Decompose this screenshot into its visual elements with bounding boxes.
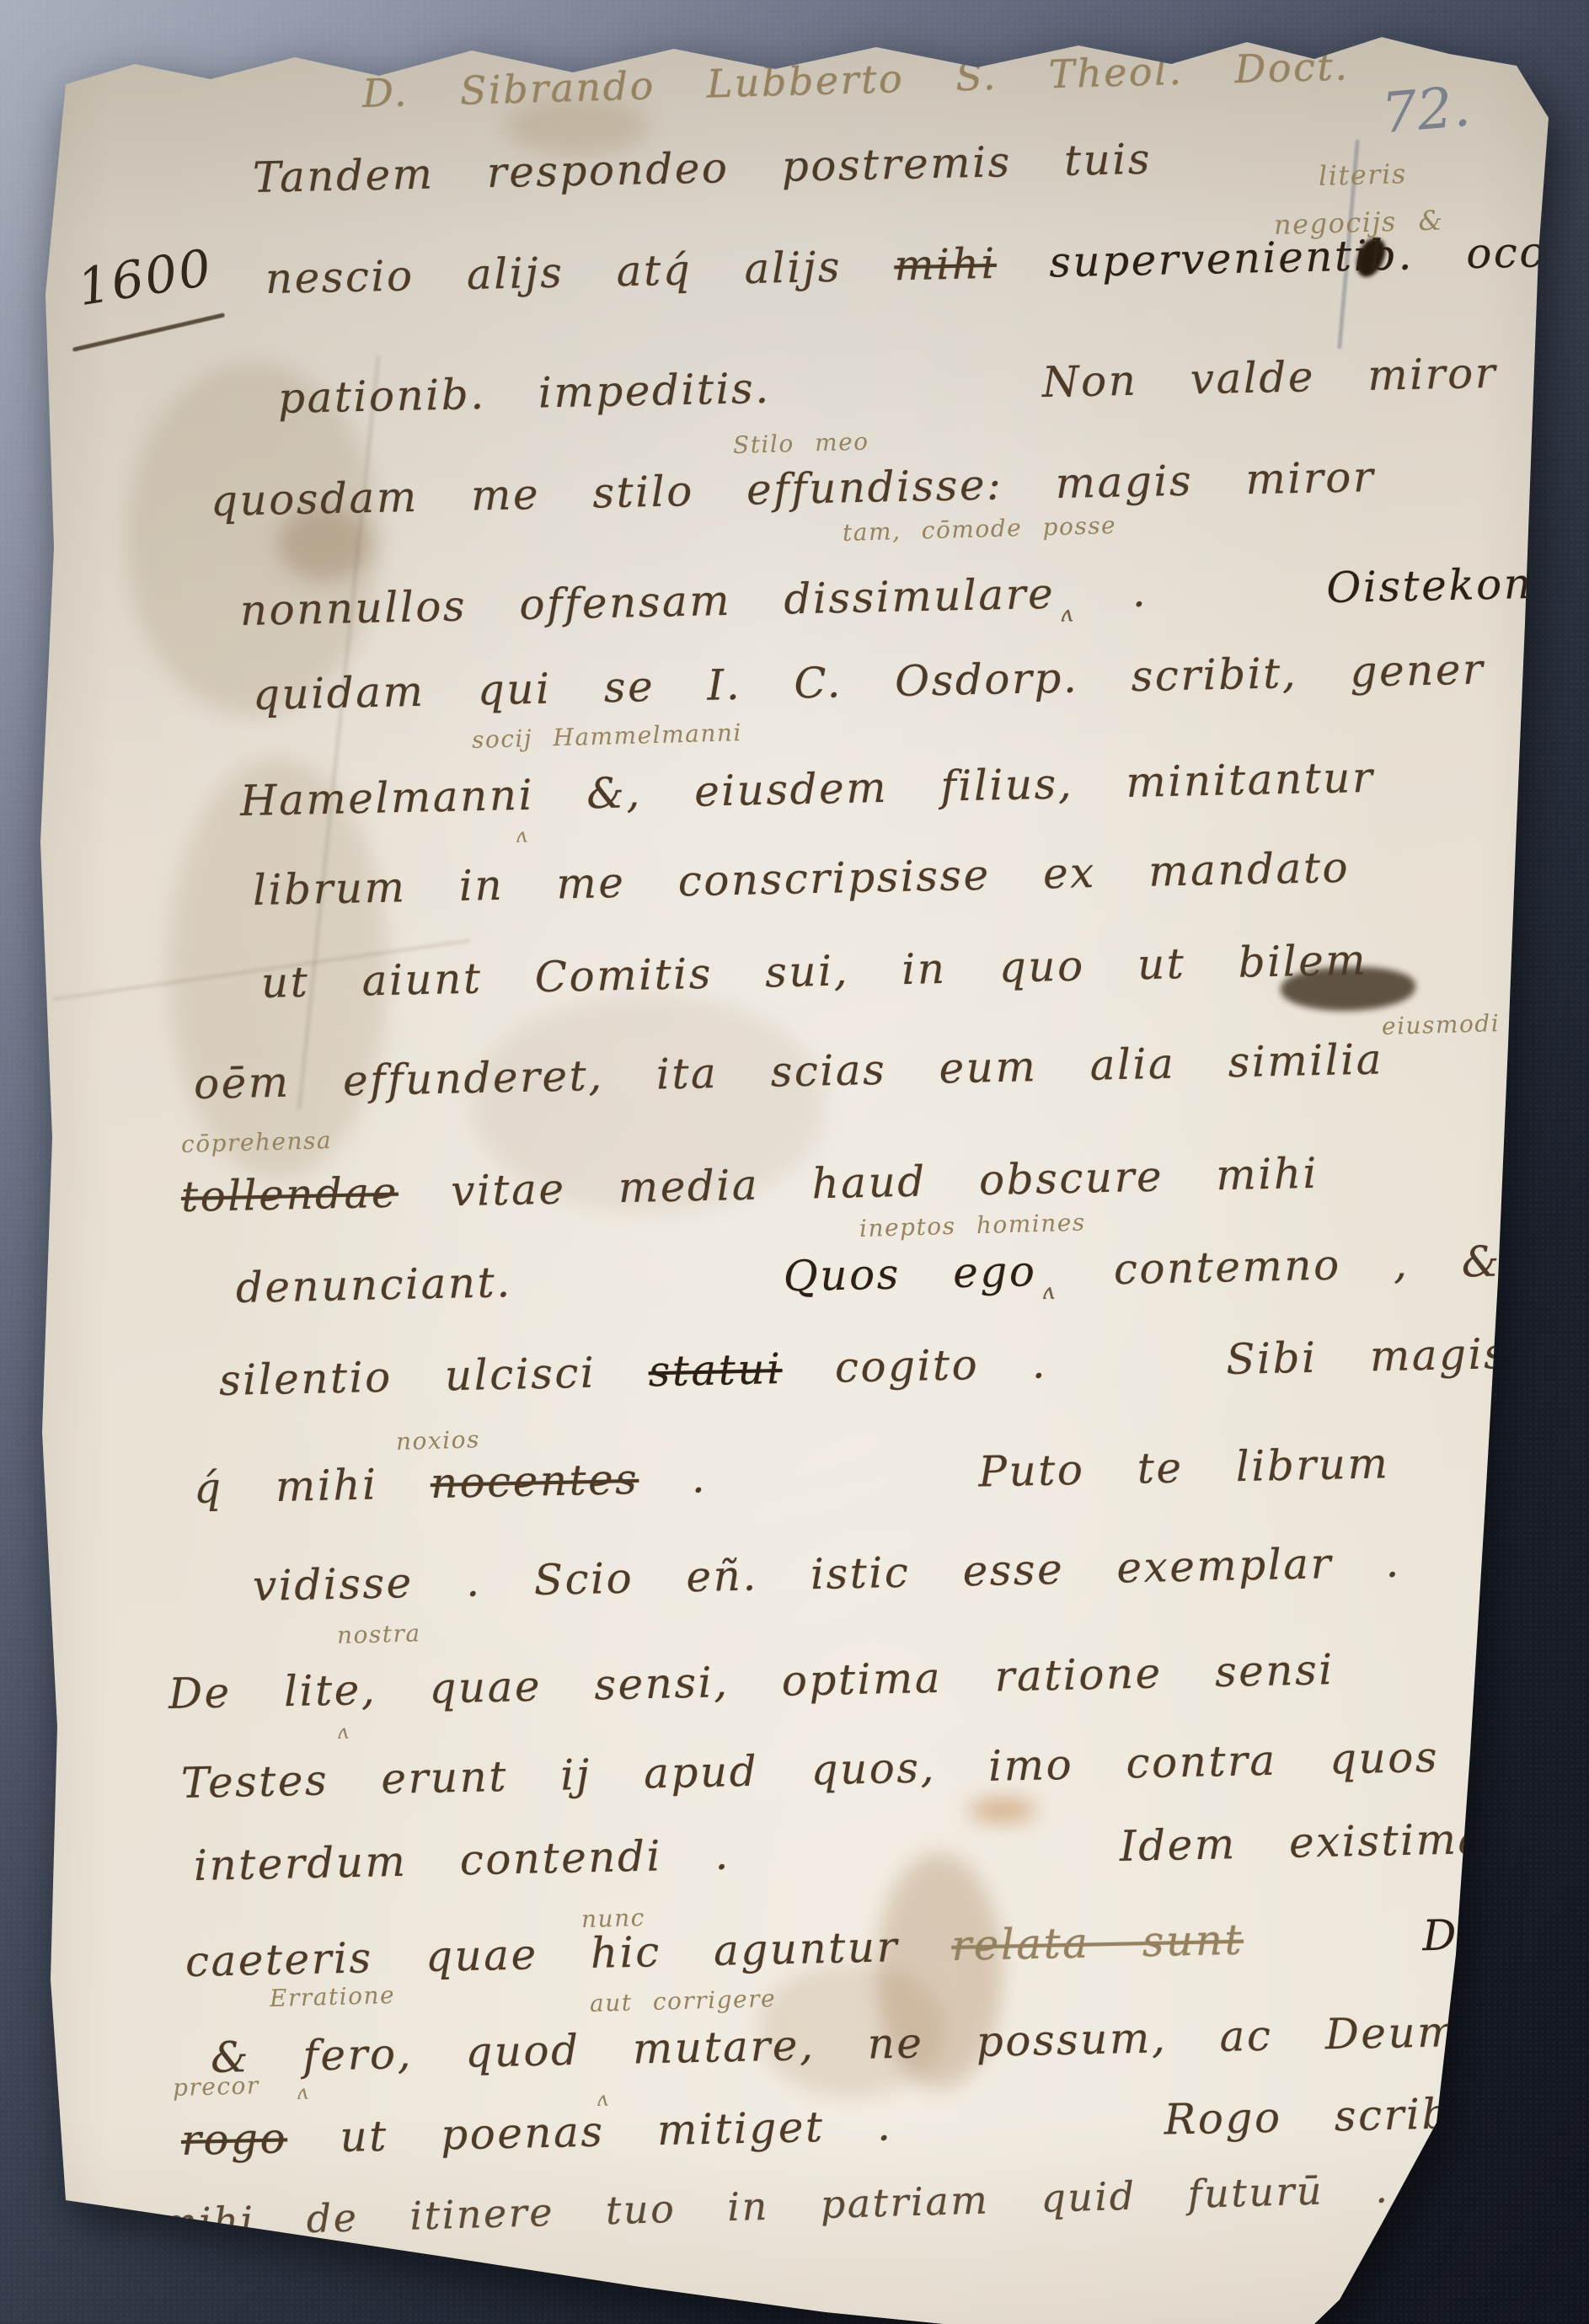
interlinear-precor: precor — [173, 2071, 260, 2102]
manuscript-line-15: vidisse . Scio eñ. istic esse exemplar . — [252, 1541, 1401, 1607]
paper-shadow-wrap: D. Sibrando Lubberto S. Theol. Doct. 72.… — [0, 0, 1589, 2324]
punctuation: . — [691, 1453, 708, 1502]
interlinear-socij: socij Hammelmanni — [472, 719, 743, 754]
line-2-segment: supervenientib. occu — [1049, 227, 1575, 286]
interlinear-aut-corrigere: aut corrigere — [590, 1985, 777, 2017]
manuscript-line-19: caeteris quae hic aguntur relata sunt Do… — [185, 1912, 1556, 1983]
manuscript-line-3: pationib. impeditis. Non valde miror — [277, 352, 1497, 419]
line-14-segment: q́ mihi — [193, 1460, 378, 1513]
manuscript-line-11: tollendae vitae media haud obscure mihi — [180, 1152, 1319, 1218]
manuscript-line-18: interdum contendi . Idem existima de — [193, 1815, 1589, 1887]
manuscript-line-10: oēm effunderet, ita scias eum alia simil… — [193, 1038, 1383, 1105]
interlinear-ineptos: ineptos homines — [859, 1209, 1087, 1242]
stain — [969, 1798, 1036, 1822]
manuscript-line-12: denunciant. Quos egoʌ contemno , & — [235, 1241, 1501, 1320]
insertion-caret: ʌ — [337, 1720, 350, 1744]
line-3-segment: pationib. impeditis. — [277, 364, 771, 423]
manuscript-line-21: rogo ut poenas mitiget . Rogo scribas — [180, 2092, 1501, 2161]
address-heading: D. Sibrando Lubberto S. Theol. Doct. — [361, 46, 1350, 113]
crossed-out-word: nocentes — [430, 1455, 639, 1508]
line-19-segment: Doleo — [1422, 1909, 1557, 1960]
line-13-segment: silentio ulcisci — [218, 1349, 596, 1405]
manuscript-line-5: nonnullos offensam dissimulareʌ . Oistek… — [239, 562, 1562, 643]
insertion-caret: ʌ — [1060, 601, 1075, 627]
interlinear-comprehensa: cōprehensa — [181, 1126, 333, 1158]
crossed-out-word: tollendae — [180, 1168, 399, 1221]
line-13-segment: cogito . — [834, 1338, 1047, 1392]
manuscript-line-16: De lite, quae sensi, optima ratione sens… — [168, 1648, 1335, 1715]
interlinear-erratione: Erratione — [270, 1981, 396, 2012]
line-18-segment: interdum contendi . — [193, 1830, 730, 1890]
interlinear-nostra: nostra — [337, 1619, 421, 1649]
manuscript-line-8: librum in me conscripsisse ex mandato — [252, 847, 1350, 911]
line-19-segment: caeteris quae hic aguntur — [185, 1922, 899, 1986]
photo-of-manuscript: D. Sibrando Lubberto S. Theol. Doct. 72.… — [0, 0, 1589, 2324]
crossed-out-word: statui — [648, 1344, 783, 1396]
line-11-segment: vitae media haud obscure mihi — [451, 1149, 1319, 1216]
line-5-segment: nonnullos offensam dissimulare — [239, 569, 1055, 635]
manuscript-line-14: q́ mihi nocentes . Puto te librum — [193, 1442, 1389, 1509]
manuscript-line-1: Tandem respondeo postremis tuis — [252, 138, 1152, 199]
manuscript-line-4: quosdam me stilo effundisse: magis miror — [210, 456, 1375, 522]
punctuation: . — [1132, 567, 1148, 616]
line-3-segment: Non valde miror — [1041, 349, 1497, 407]
crossed-out-words: relata sunt — [951, 1915, 1244, 1970]
interlinear-stilo-meo: Stilo meo — [733, 427, 869, 458]
insertion-caret: ʌ — [516, 824, 529, 847]
proper-name: Oistekong — [1326, 558, 1563, 612]
manuscript-line-6: quidam qui se I. C. Osdorp. scribit, gen… — [252, 648, 1485, 716]
folio-number: 72. — [1379, 74, 1473, 147]
line-18-segment: Idem existima de — [1119, 1812, 1589, 1871]
line-2-segment: nescio alijs atq́ alijs — [265, 243, 842, 303]
line-21-segment: ut poenas mitiget . — [340, 2101, 893, 2161]
interlinear-noxios: noxios — [396, 1425, 481, 1456]
line-21-segment: Rogo scribas — [1164, 2088, 1502, 2144]
line-12-segment: contemno , & — [1113, 1237, 1501, 1295]
interlinear-eiusmodi: eiusmodi — [1382, 1009, 1501, 1040]
line-12-segment: denunciant. — [235, 1258, 512, 1312]
line-13-segment: Sibi magis — [1226, 1329, 1508, 1384]
manuscript-line-13: silentio ulcisci statui cogito . Sibi ma… — [218, 1333, 1507, 1402]
crossed-out-word: mihi — [894, 239, 998, 291]
line-14-segment: Puto te librum — [978, 1439, 1390, 1496]
manuscript-line-20: & fero, quod mutare, ne possum, ac Deum — [210, 2011, 1459, 2079]
insertion-caret: ʌ — [1042, 1280, 1057, 1305]
year-annotation: 1600 — [74, 238, 217, 318]
manuscript-line-9: ut aiunt Comitis sui, in quo ut bilem — [260, 938, 1367, 1003]
crossed-out-word: rogo — [180, 2113, 287, 2165]
interlinear-tam-commode: tam, cōmode posse — [843, 511, 1117, 547]
manuscript-line-17: Testes erunt ij apud quos, imo contra qu… — [180, 1736, 1439, 1804]
manuscript-line-7: Hamelmanni &, eiusdem filius, minitantur — [239, 756, 1374, 822]
manuscript-line-22: mihi de itinere tuo in patriam quid futu… — [159, 2169, 1389, 2242]
manuscript-page: D. Sibrando Lubberto S. Theol. Doct. 72.… — [0, 0, 1589, 2324]
year-underline — [72, 313, 225, 351]
interlinear-literis: literis — [1318, 158, 1407, 192]
insertion-caret: ʌ — [297, 2081, 310, 2104]
manuscript-line-2: nescio alijs atq́ alijs mihi supervenien… — [265, 230, 1575, 300]
line-12-segment: Quos ego — [783, 1247, 1037, 1301]
